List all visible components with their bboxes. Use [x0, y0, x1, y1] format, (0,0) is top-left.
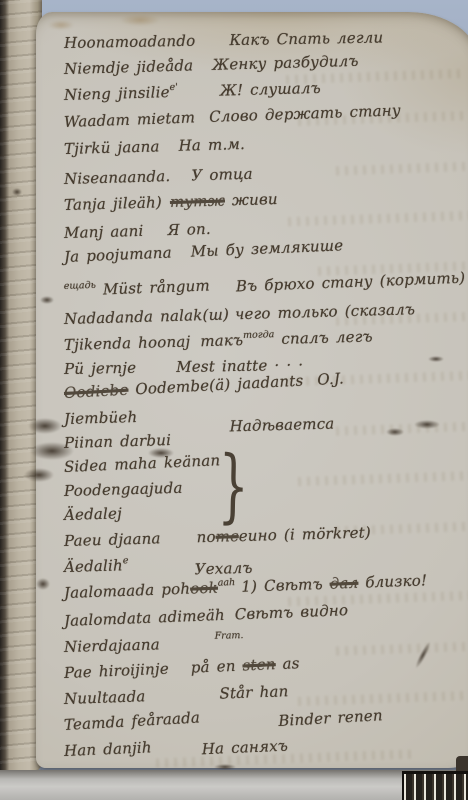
sami-word: Äedalej	[64, 504, 122, 524]
gloss-word: Fram.	[214, 631, 243, 650]
manuscript-line: NuultaadaStår han	[64, 682, 289, 708]
sami-word: Nadadanda nalak(ш)	[64, 305, 230, 328]
table-surface-strip	[0, 770, 468, 800]
gloss-word: Мы бу землякише	[190, 236, 343, 260]
paper-stain	[48, 20, 74, 30]
interlinear-note: е'	[169, 82, 178, 93]
gloss-word: Я оп.	[167, 220, 211, 239]
book-fore-edge	[402, 771, 468, 800]
manuscript-line: Pae hiroijinjepå en sten as	[64, 654, 300, 682]
manuscript-line: Han danjihНа саняхъ	[64, 733, 289, 760]
sami-word: Nuultaada	[64, 687, 146, 708]
gloss-word: Какъ Спать легли	[229, 28, 383, 49]
sami-word: Jaalomdata adimeäh	[64, 606, 225, 630]
photo-of-notebook: HoonamoadandoКакъ Спать леглиNiemdje jid…	[0, 0, 468, 800]
sami-word: Jiembüeh	[64, 408, 138, 428]
gloss-word: На саняхъ	[201, 737, 288, 759]
interlinear-note: ааh	[218, 577, 236, 589]
sami-word: Hoonamoadando	[64, 32, 196, 52]
sami-word: Tjirkü jaana	[64, 137, 160, 158]
sami-word: Niemdje jideåda	[64, 56, 194, 78]
struck-word: ook	[190, 579, 218, 598]
handwritten-text-block: HoonamoadandoКакъ Спать леглиNiemdje jid…	[50, 20, 468, 760]
gloss-word: O.J.	[317, 369, 345, 388]
gloss-word: Ж! слушалъ	[220, 79, 321, 100]
gloss-word: Уехалъ	[194, 559, 252, 579]
interlinear-note: Fram.	[214, 630, 243, 642]
interlinear-note: ещадь	[64, 280, 96, 292]
ink-smudge	[12, 188, 22, 196]
manuscript-line: ÄedalihеУехалъ	[64, 553, 253, 576]
gloss-word: Въ брюхо стану (кормить)	[236, 269, 466, 296]
manuscript-line: Nadadanda nalak(ш)чего только (сказалъ	[64, 300, 416, 328]
sami-word: Paeu djaana	[64, 529, 161, 550]
interlinear-note: е	[123, 555, 129, 566]
manuscript-line: Äedalej	[64, 504, 122, 524]
gloss-word: Står han	[219, 682, 289, 702]
sami-word: Jaalomaada pohookааh	[64, 578, 236, 602]
sami-word: Pae hiroijinje	[64, 660, 170, 682]
manuscript-line: Sidea maha keänan	[64, 451, 221, 476]
manuscript-line: Jaalomdata adimeähСвѣтъ видно	[64, 601, 349, 630]
grouping-brace: }	[217, 445, 249, 527]
ink-smudge	[414, 420, 440, 429]
struck-word: sten	[242, 655, 276, 674]
ink-smudge	[28, 418, 62, 434]
struck-word: дал	[329, 574, 358, 593]
gloss-word: Надѣваетса	[229, 414, 334, 435]
manuscript-line: Nieng jinsilieе'Ж! слушалъ	[64, 79, 321, 104]
interlinear-note: тогда	[243, 329, 275, 341]
sami-word: Han danjih	[64, 738, 152, 760]
paper-stain	[120, 14, 160, 26]
ink-smudge	[36, 578, 50, 590]
sami-word: Tjikenda hoonaj	[64, 332, 191, 354]
manuscript-line: NierdajaanaFram.	[64, 633, 244, 656]
ink-smudge	[24, 468, 54, 482]
manuscript-line: Waadam mietamСлово держать стану	[64, 101, 401, 131]
gloss-word: Женку разбудилъ	[212, 52, 359, 74]
manuscript-line: Tjirkü jaanaНа т.м.	[64, 135, 246, 158]
sami-word: Sidea maha keänan	[64, 451, 221, 476]
gloss-word: У отца	[191, 165, 253, 185]
gloss-word: Слово держать стану	[209, 101, 401, 126]
gloss-word: på en sten as	[190, 654, 300, 677]
gloss-word: такътогда спалъ легъ	[200, 327, 373, 350]
manuscript-line: HoonamoadandoКакъ Спать легли	[64, 28, 384, 52]
gloss-word: Binder renen	[278, 706, 383, 730]
sami-word: Niseanaanda.	[64, 167, 171, 188]
sami-word: Tanja jileäh)	[64, 193, 162, 214]
manuscript-line: ещадь Müst rångumВъ брюхо стану (кормить…	[64, 267, 466, 300]
sami-word: Ja poojumana	[64, 243, 173, 266]
manuscript-line: JiembüehНадѣваетса	[64, 402, 335, 428]
sami-word: Nieng jinsilieе'	[64, 83, 178, 104]
ink-smudge	[428, 356, 444, 362]
manuscript-line: Niseanaanda.У отца	[64, 165, 253, 188]
manuscript-line: Niemdje jideådaЖенку разбудилъ	[64, 52, 359, 78]
struck-word: тутж	[170, 192, 225, 212]
sami-word: ещадь Müst rångum	[64, 276, 211, 300]
ink-smudge	[30, 442, 74, 460]
gloss-word: 1) Свѣтъ дал близко!	[241, 571, 427, 595]
ink-smudge	[148, 448, 174, 458]
gloss-word: На т.м.	[178, 135, 245, 155]
sami-word: Waadam mietam	[64, 108, 196, 131]
manuscript-line: Manj aaniЯ оп.	[64, 220, 211, 242]
struck-word: Oodiebe	[64, 381, 129, 402]
gloss-word: Свѣтъ видно	[234, 601, 348, 623]
ink-smudge	[40, 296, 54, 304]
sami-word: Nierdajaana	[64, 635, 160, 656]
gloss-word: тутж живи	[170, 190, 278, 211]
sami-word: Äedalihе	[64, 556, 129, 576]
manuscript-line: Tanja jileäh)тутж живи	[64, 190, 278, 214]
sami-word: Pü jernje	[64, 359, 137, 378]
manuscript-line: Tjikenda hoonajтакътогда спалъ легъ	[64, 327, 373, 354]
gloss-word: чего только (сказалъ	[235, 300, 416, 323]
sami-word: Teamda feåraada	[63, 708, 200, 734]
sami-word: Poodengaajuda	[64, 479, 183, 500]
manuscript-line: Poodengaajuda	[64, 479, 183, 500]
sami-word: Manj aani	[64, 222, 144, 242]
ink-smudge	[386, 428, 404, 436]
